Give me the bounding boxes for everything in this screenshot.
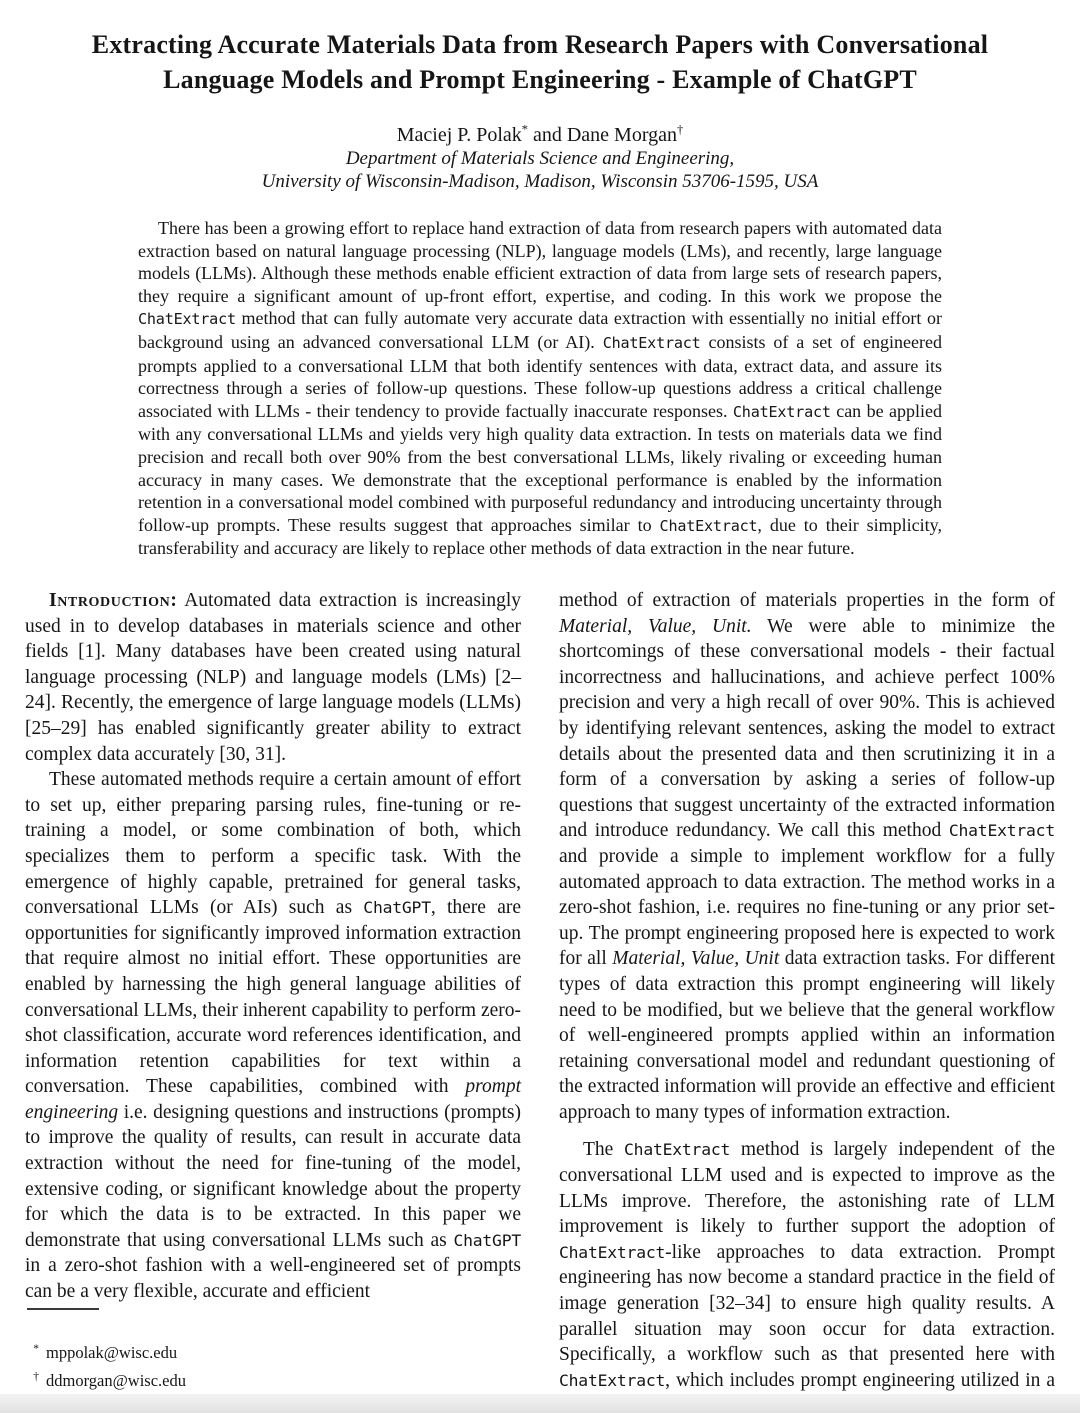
body-paragraph-right-2: The ChatExtract method is largely indepe…	[559, 1137, 1055, 1393]
text-run: and Dane Morgan	[528, 124, 677, 146]
two-column-body: Introduction: Automated data extraction …	[25, 588, 1055, 1393]
text-run: †	[677, 122, 683, 136]
text-run: , there are opportunities for significan…	[25, 897, 521, 1097]
text-run: ChatExtract	[733, 403, 831, 421]
abstract-paragraph: There has been a growing effort to repla…	[138, 217, 942, 560]
text-run: Maciej P. Polak	[397, 124, 522, 146]
text-run: ChatExtract	[624, 1140, 730, 1159]
right-column: method of extraction of materials proper…	[559, 588, 1055, 1393]
text-run: There has been a growing effort to repla…	[138, 218, 942, 306]
affiliation-line-2: University of Wisconsin-Madison, Madison…	[0, 170, 1080, 193]
text-run: ChatExtract	[138, 310, 236, 328]
footnote-author-1: *mppolak@wisc.edu	[25, 1337, 521, 1365]
text-run: Introduction:	[49, 590, 177, 611]
paper-title: Extracting Accurate Materials Data from …	[0, 0, 1080, 97]
text-run: The	[583, 1139, 624, 1160]
text-run: ChatExtract	[559, 1243, 665, 1262]
text-run: Material, Value, Unit.	[559, 616, 752, 637]
footnote-block: *mppolak@wisc.edu †ddmorgan@wisc.edu	[25, 1308, 521, 1393]
text-run: data extraction tasks. For different typ…	[559, 948, 1055, 1123]
footnote-rule	[27, 1308, 99, 1310]
text-run: ChatGPT	[453, 1231, 521, 1250]
text-run: Automated data extraction is increasingl…	[25, 590, 521, 765]
text-run: i.e. designing questions and instruction…	[25, 1102, 521, 1251]
paper-title-line-2: Language Models and Prompt Engineering -…	[0, 62, 1080, 97]
authors-line: Maciej P. Polak* and Dane Morgan†	[0, 123, 1080, 147]
paper-page: Extracting Accurate Materials Data from …	[0, 0, 1080, 1413]
affiliation-line-1: Department of Materials Science and Engi…	[0, 147, 1080, 170]
left-column: Introduction: Automated data extraction …	[25, 588, 521, 1393]
body-paragraph-right-1: method of extraction of materials proper…	[559, 588, 1055, 1125]
text-run: Material, Value, Unit	[612, 948, 779, 969]
footnote-author-2: †ddmorgan@wisc.edu	[25, 1365, 521, 1393]
dagger-footnote-mark: †	[25, 1365, 39, 1389]
text-run: method of extraction of materials proper…	[559, 590, 1055, 611]
footnote-email-1: mppolak@wisc.edu	[46, 1343, 177, 1362]
text-run: ChatExtract	[603, 334, 701, 352]
page-bottom-edge	[0, 1394, 1080, 1413]
text-run: These automated methods require a certai…	[25, 769, 521, 918]
text-run: We were able to minimize the shortcoming…	[559, 616, 1055, 842]
paper-title-line-1: Extracting Accurate Materials Data from …	[0, 27, 1080, 62]
text-run: in a zero-shot fashion with a well-engin…	[25, 1255, 521, 1302]
footnote-email-2: ddmorgan@wisc.edu	[46, 1371, 186, 1390]
intro-paragraph: Introduction: Automated data extraction …	[25, 588, 521, 767]
text-run: ChatExtract	[949, 821, 1055, 840]
text-run: ChatGPT	[363, 898, 431, 917]
body-paragraph-left-2: These automated methods require a certai…	[25, 767, 521, 1304]
text-run: ChatExtract	[559, 1371, 665, 1390]
text-run: ChatExtract	[660, 517, 758, 535]
asterisk-footnote-mark: *	[25, 1337, 39, 1361]
